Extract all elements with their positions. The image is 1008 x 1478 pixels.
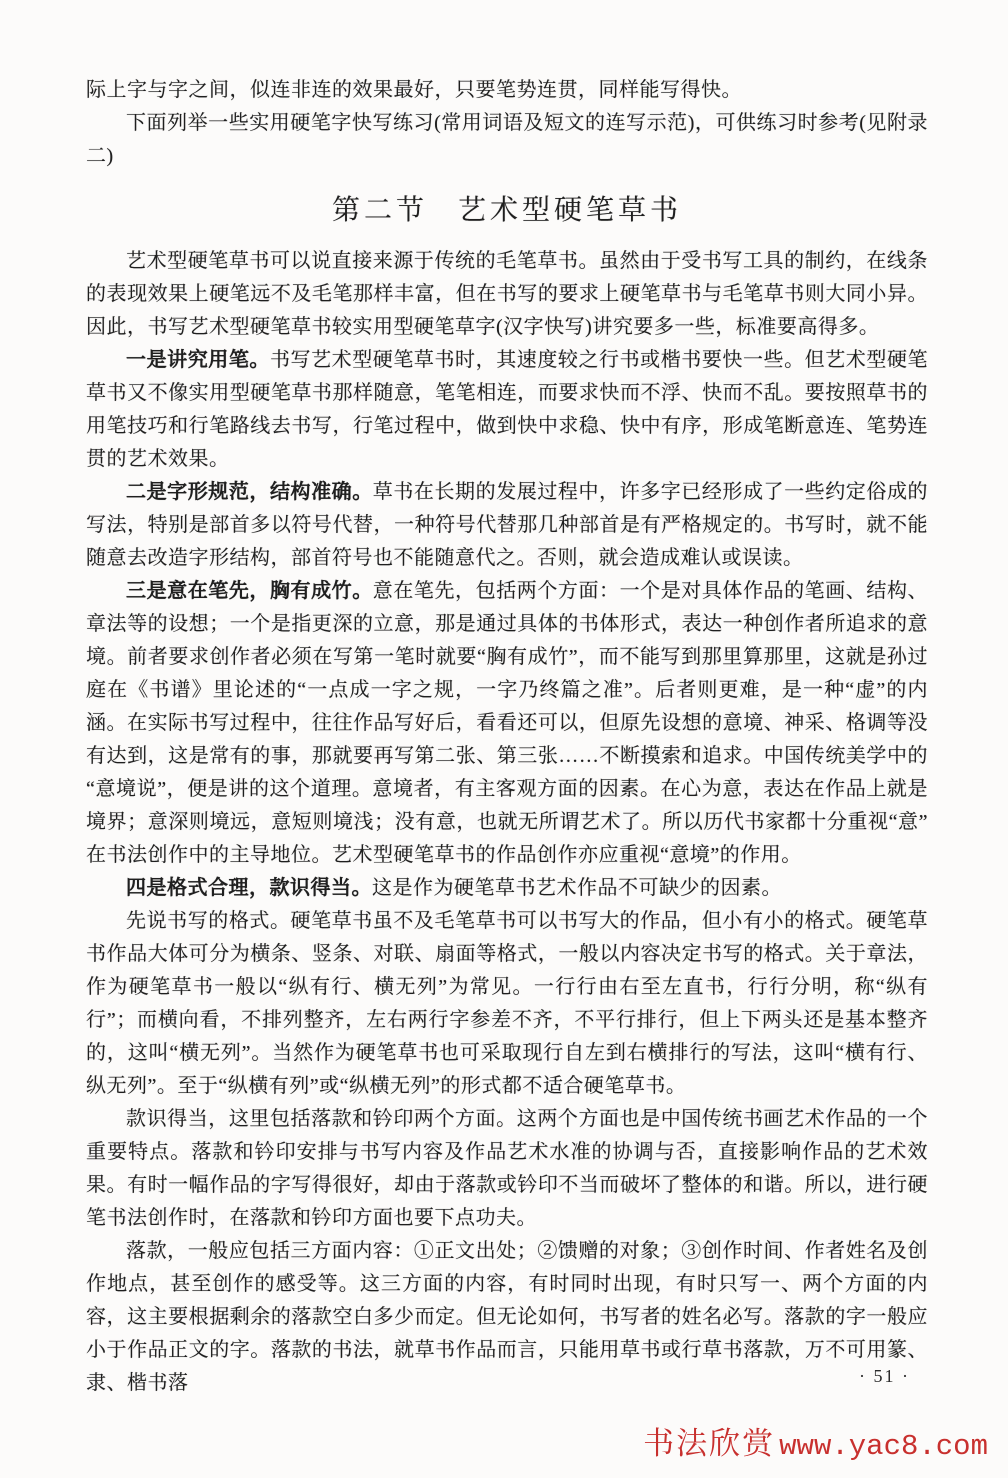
paragraph-continued-from-previous-page: 际上字与字之间，似连非连的效果最好，只要笔势连贯，同样能写得快。 [86,74,928,107]
paragraph-text: 先说书写的格式。硬笔草书虽不及毛笔草书可以书写大的作品，但小有小的格式。硬笔草书… [86,910,928,1097]
paragraph-lead: 二是字形规范，结构准确。 [126,481,373,503]
paragraph-lead: 三是意在笔先，胸有成竹。 [126,580,373,602]
paragraph: 先说书写的格式。硬笔草书虽不及毛笔草书可以书写大的作品，但小有小的格式。硬笔草书… [86,905,928,1103]
paragraph-text: 意在笔先，包括两个方面：一个是对具体作品的笔画、结构、章法等的设想；一个是指更深… [86,580,928,866]
paragraph-text: 款识得当，这里包括落款和钤印两个方面。这两个方面也是中国传统书画艺术作品的一个重… [86,1108,928,1229]
page-number: · 51 · [859,1366,910,1387]
section-title-number: 第二节 [332,195,428,226]
paragraph-text: 落款，一般应包括三方面内容：①正文出处；②馈赠的对象；③创作时间、作者姓名及创作… [86,1240,928,1394]
paragraph-point-2: 二是字形规范，结构准确。草书在长期的发展过程中，许多字已经形成了一些约定俗成的写… [86,476,928,575]
watermark: 书法欣赏 www.yac8.com [643,1418,988,1463]
section-title-text: 艺术型硬笔草书 [458,195,682,226]
paragraph-text: 这是作为硬笔草书艺术作品不可缺少的因素。 [372,877,782,899]
paragraph-text: 际上字与字之间，似连非连的效果最好，只要笔势连贯，同样能写得快。 [86,79,742,101]
paragraph-lead: 一是讲究用笔。 [126,349,270,371]
paragraph-text: 艺术型硬笔草书可以说直接来源于传统的毛笔草书。虽然由于受书写工具的制约，在线条的… [86,250,928,338]
paragraph-lead: 四是格式合理，款识得当。 [126,877,372,899]
paragraph: 款识得当，这里包括落款和钤印两个方面。这两个方面也是中国传统书画艺术作品的一个重… [86,1103,928,1235]
paragraph: 下面列举一些实用硬笔字快写练习(常用词语及短文的连写示范)，可供练习时参考(见附… [86,107,928,173]
paragraph-cut-at-page-end: 落款，一般应包括三方面内容：①正文出处；②馈赠的对象；③创作时间、作者姓名及创作… [86,1235,928,1400]
watermark-url: www.yac8.com [779,1430,988,1463]
watermark-site-name: 书法欣赏 [643,1426,775,1461]
paragraph: 艺术型硬笔草书可以说直接来源于传统的毛笔草书。虽然由于受书写工具的制约，在线条的… [86,245,928,344]
text-block: 际上字与字之间，似连非连的效果最好，只要笔势连贯，同样能写得快。 下面列举一些实… [86,74,928,1400]
paragraph-point-3: 三是意在笔先，胸有成竹。意在笔先，包括两个方面：一个是对具体作品的笔画、结构、章… [86,575,928,872]
paragraph-point-4: 四是格式合理，款识得当。这是作为硬笔草书艺术作品不可缺少的因素。 [86,872,928,905]
scanned-book-page: 际上字与字之间，似连非连的效果最好，只要笔势连贯，同样能写得快。 下面列举一些实… [0,0,1008,1478]
section-title: 第二节艺术型硬笔草书 [86,191,928,231]
paragraph-point-1: 一是讲究用笔。书写艺术型硬笔草书时，其速度较之行书或楷书要快一些。但艺术型硬笔草… [86,344,928,476]
paragraph-text: 下面列举一些实用硬笔字快写练习(常用词语及短文的连写示范)，可供练习时参考(见附… [86,112,928,167]
